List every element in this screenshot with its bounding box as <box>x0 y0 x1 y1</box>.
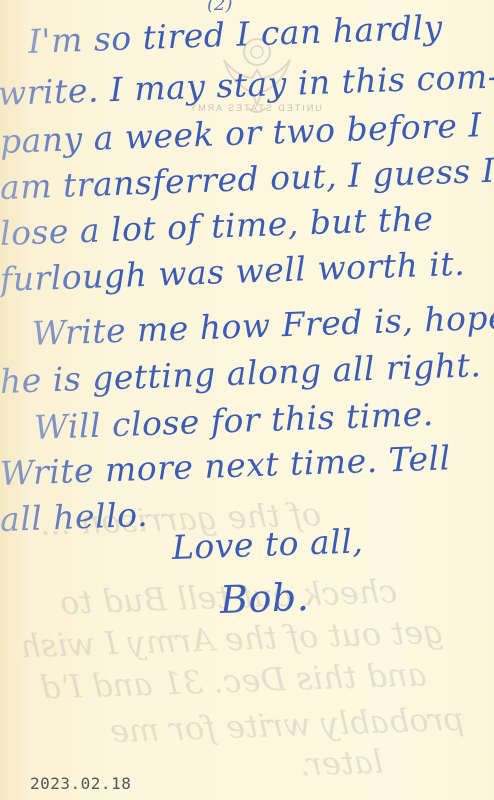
letter-line: Write me how Fred is, hope <box>31 297 494 353</box>
letter-line: furlough was well worth it. <box>0 244 466 299</box>
letter-line: he is getting along all right. <box>0 345 482 401</box>
letter-line: Will close for this time. <box>33 394 434 447</box>
letter-page: UNITED STATES ARMY of the garrison ... c… <box>0 0 494 800</box>
bleed-through-line: probably write for me <box>109 700 464 750</box>
letter-line: lose a lot of time, but the <box>0 199 434 253</box>
letter-closing: Love to all, <box>171 521 364 567</box>
letter-line: all hello. <box>0 495 149 539</box>
page-number: (2) <box>207 0 233 15</box>
letter-line: I'm so tired I can hardly <box>27 8 443 61</box>
letter-signature: Bob. <box>219 575 310 622</box>
bleed-through-line: later. <box>299 743 383 784</box>
accession-number: 2023.02.18 <box>30 774 131 793</box>
letter-line: pany a week or two before I <box>0 105 483 161</box>
bleed-through-line: and this Dec. 31 and I'd <box>39 655 427 706</box>
letter-line: Write more next time. Tell <box>0 438 451 493</box>
